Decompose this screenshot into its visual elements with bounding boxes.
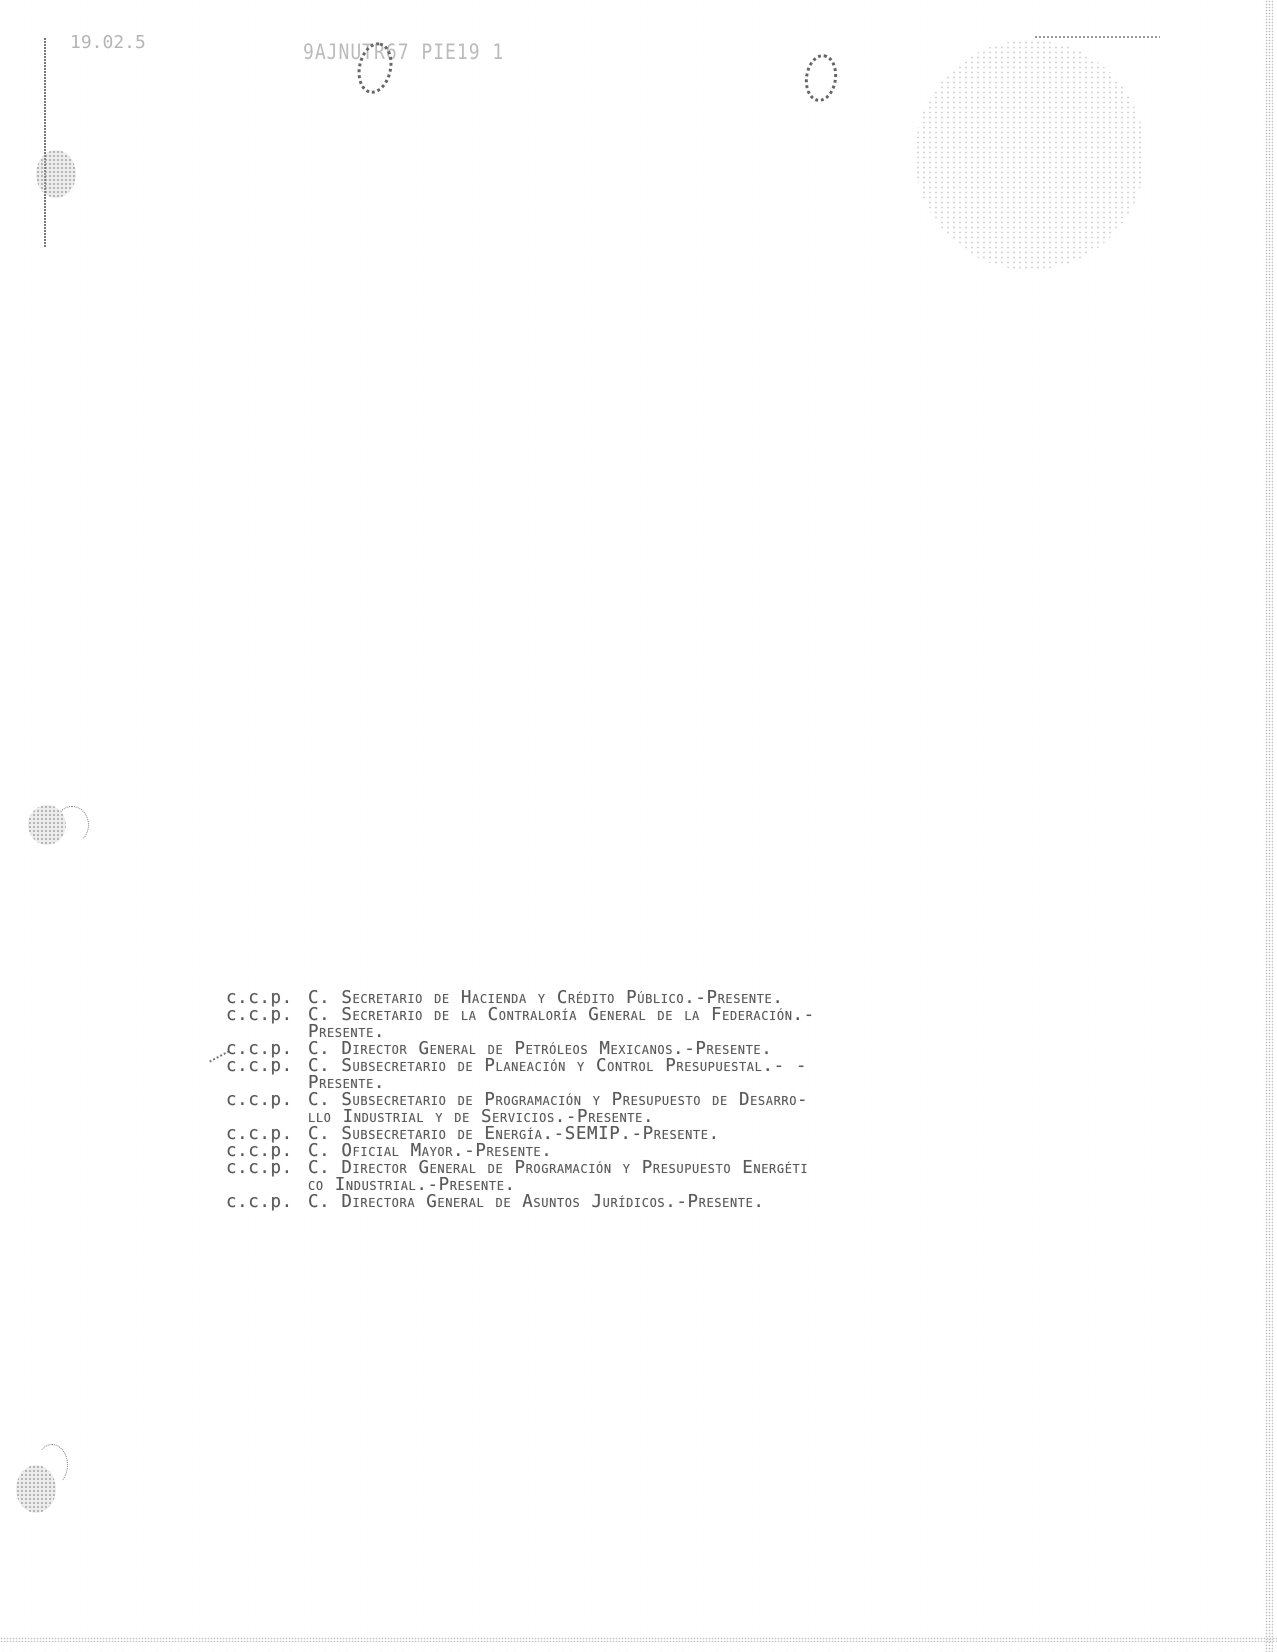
scanned-document-page: 19.02.5 9AJNUTR67 PIE19 1 C.C.P.C. Secre…	[0, 0, 1277, 1652]
carbon-copy-list: C.C.P.C. Secretario de Hacienda y Crédit…	[226, 990, 1156, 1211]
punch-arc-middle	[55, 806, 89, 844]
corner-stamp: 19.02.5	[70, 32, 146, 53]
cc-prefix: C.C.P.	[226, 1007, 308, 1024]
seal-top-line	[1035, 36, 1160, 38]
cc-prefix: C.C.P.	[226, 1160, 308, 1177]
official-seal-scribble	[915, 40, 1145, 270]
header-stamp: 9AJNUTR67 PIE19 1	[303, 40, 504, 65]
cc-prefix: C.C.P.	[226, 1194, 308, 1211]
page-right-edge	[1265, 0, 1273, 1652]
cc-entry: C.C.P.C. Directora General de Asuntos Ju…	[226, 1194, 1156, 1211]
cc-prefix: C.C.P.	[226, 1092, 308, 1109]
cc-recipient: C. Subsecretario de Planeación y Control…	[308, 1058, 1156, 1075]
cc-recipient: C. Directora General de Asuntos Jurídico…	[308, 1194, 1156, 1211]
punch-arc-bottom	[36, 1444, 68, 1486]
page-bottom-edge	[0, 1637, 1277, 1642]
cc-prefix: C.C.P.	[226, 1058, 308, 1075]
cc-recipient: C. Secretario de la Contraloría General …	[308, 1007, 1156, 1024]
punch-hole-top	[36, 150, 76, 198]
handwritten-circle-mark	[802, 52, 840, 104]
left-margin-rule	[44, 38, 46, 248]
